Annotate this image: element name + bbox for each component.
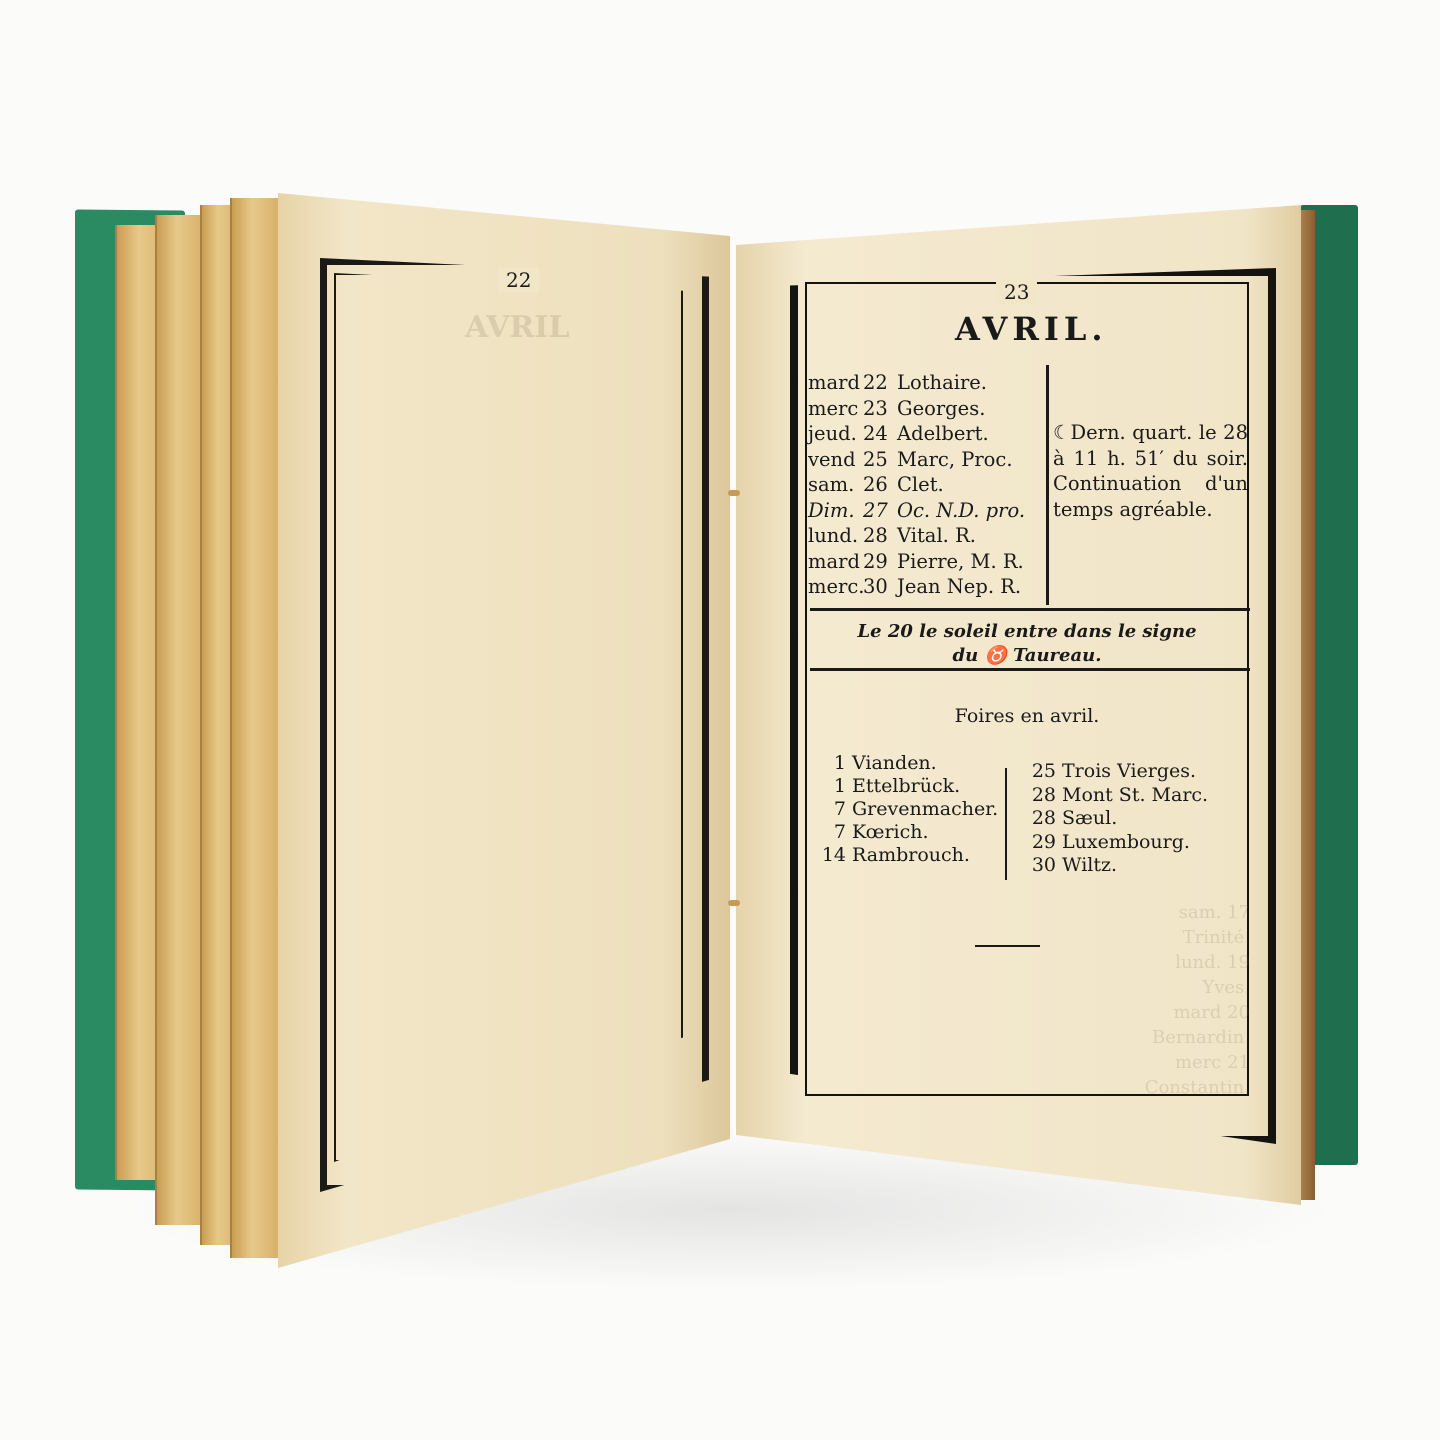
fair-item: 1Vianden.	[812, 752, 998, 775]
calendar-row: mard22Lothaire.	[808, 370, 1025, 396]
fairs-divider	[1005, 768, 1007, 880]
fair-item: 7Kœrich.	[812, 821, 998, 844]
bleed-through-title: AVRIL	[465, 315, 569, 340]
bleed-through-text: sam. 17 Trinité. lund. 19 Yves. mard 20 …	[1130, 900, 1250, 1100]
binding-stitch	[728, 900, 740, 906]
fair-item: 1Ettelbrück.	[812, 775, 998, 798]
rule	[810, 608, 1250, 611]
rule	[810, 668, 1250, 671]
fairs-list-right: 25Trois Vierges. 28Mont St. Marc. 28Sæul…	[1022, 760, 1208, 878]
fair-item: 25Trois Vierges.	[1022, 760, 1208, 784]
calendar-row: vend25Marc, Proc.	[808, 447, 1025, 473]
fair-item: 28Mont St. Marc.	[1022, 784, 1208, 808]
page-edge	[230, 198, 282, 1258]
zodiac-note-line1: Le 20 le soleil entre dans le signe	[812, 620, 1242, 644]
fair-item: 14Rambrouch.	[812, 844, 998, 867]
fair-item: 7Grevenmacher.	[812, 798, 998, 821]
fair-item: 28Sæul.	[1022, 807, 1208, 831]
fairs-list-left: 1Vianden. 1Ettelbrück. 7Grevenmacher. 7K…	[812, 752, 998, 867]
month-title: AVRIL.	[955, 310, 1108, 348]
calendar-row: jeud.24Adelbert.	[808, 421, 1025, 447]
left-page-number: 22	[498, 268, 539, 292]
calendar-row: mard29Pierre, M. R.	[808, 549, 1025, 575]
calendar-row-sunday: Dim.27Oc. N.D. pro.	[808, 498, 1025, 524]
fair-item: 29Luxembourg.	[1022, 831, 1208, 855]
calendar-row: lund.28Vital. R.	[808, 523, 1025, 549]
calendar-row: merc23Georges.	[808, 396, 1025, 422]
fair-item: 30Wiltz.	[1022, 854, 1208, 878]
fairs-heading: Foires en avril.	[812, 705, 1242, 727]
right-page-number: 23	[996, 280, 1037, 304]
binding-stitch	[728, 490, 740, 496]
column-divider	[1046, 365, 1049, 605]
zodiac-note: Le 20 le soleil entre dans le signe du ♉…	[812, 620, 1242, 668]
moon-phase-note: ☾Dern. quart. le 28 à 11 h. 51′ du soir.…	[1053, 420, 1248, 522]
calendar-row: merc.30Jean Nep. R.	[808, 574, 1025, 600]
end-rule	[975, 945, 1040, 947]
calendar-row: sam.26Clet.	[808, 472, 1025, 498]
calendar-list: mard22Lothaire. merc23Georges. jeud.24Ad…	[808, 370, 1025, 600]
zodiac-note-line2: du ♉ Taureau.	[812, 644, 1242, 668]
left-page-inner-border	[334, 273, 683, 1162]
